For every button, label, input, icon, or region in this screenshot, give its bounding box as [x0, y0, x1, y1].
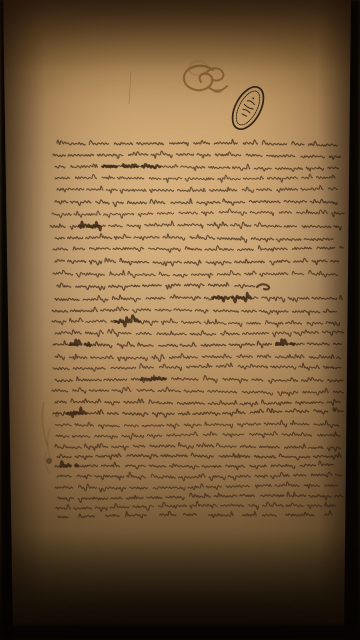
- photo-edge-bottom: [0, 625, 360, 640]
- vignette-overlay: [0, 0, 360, 640]
- photo-frame: [0, 0, 360, 640]
